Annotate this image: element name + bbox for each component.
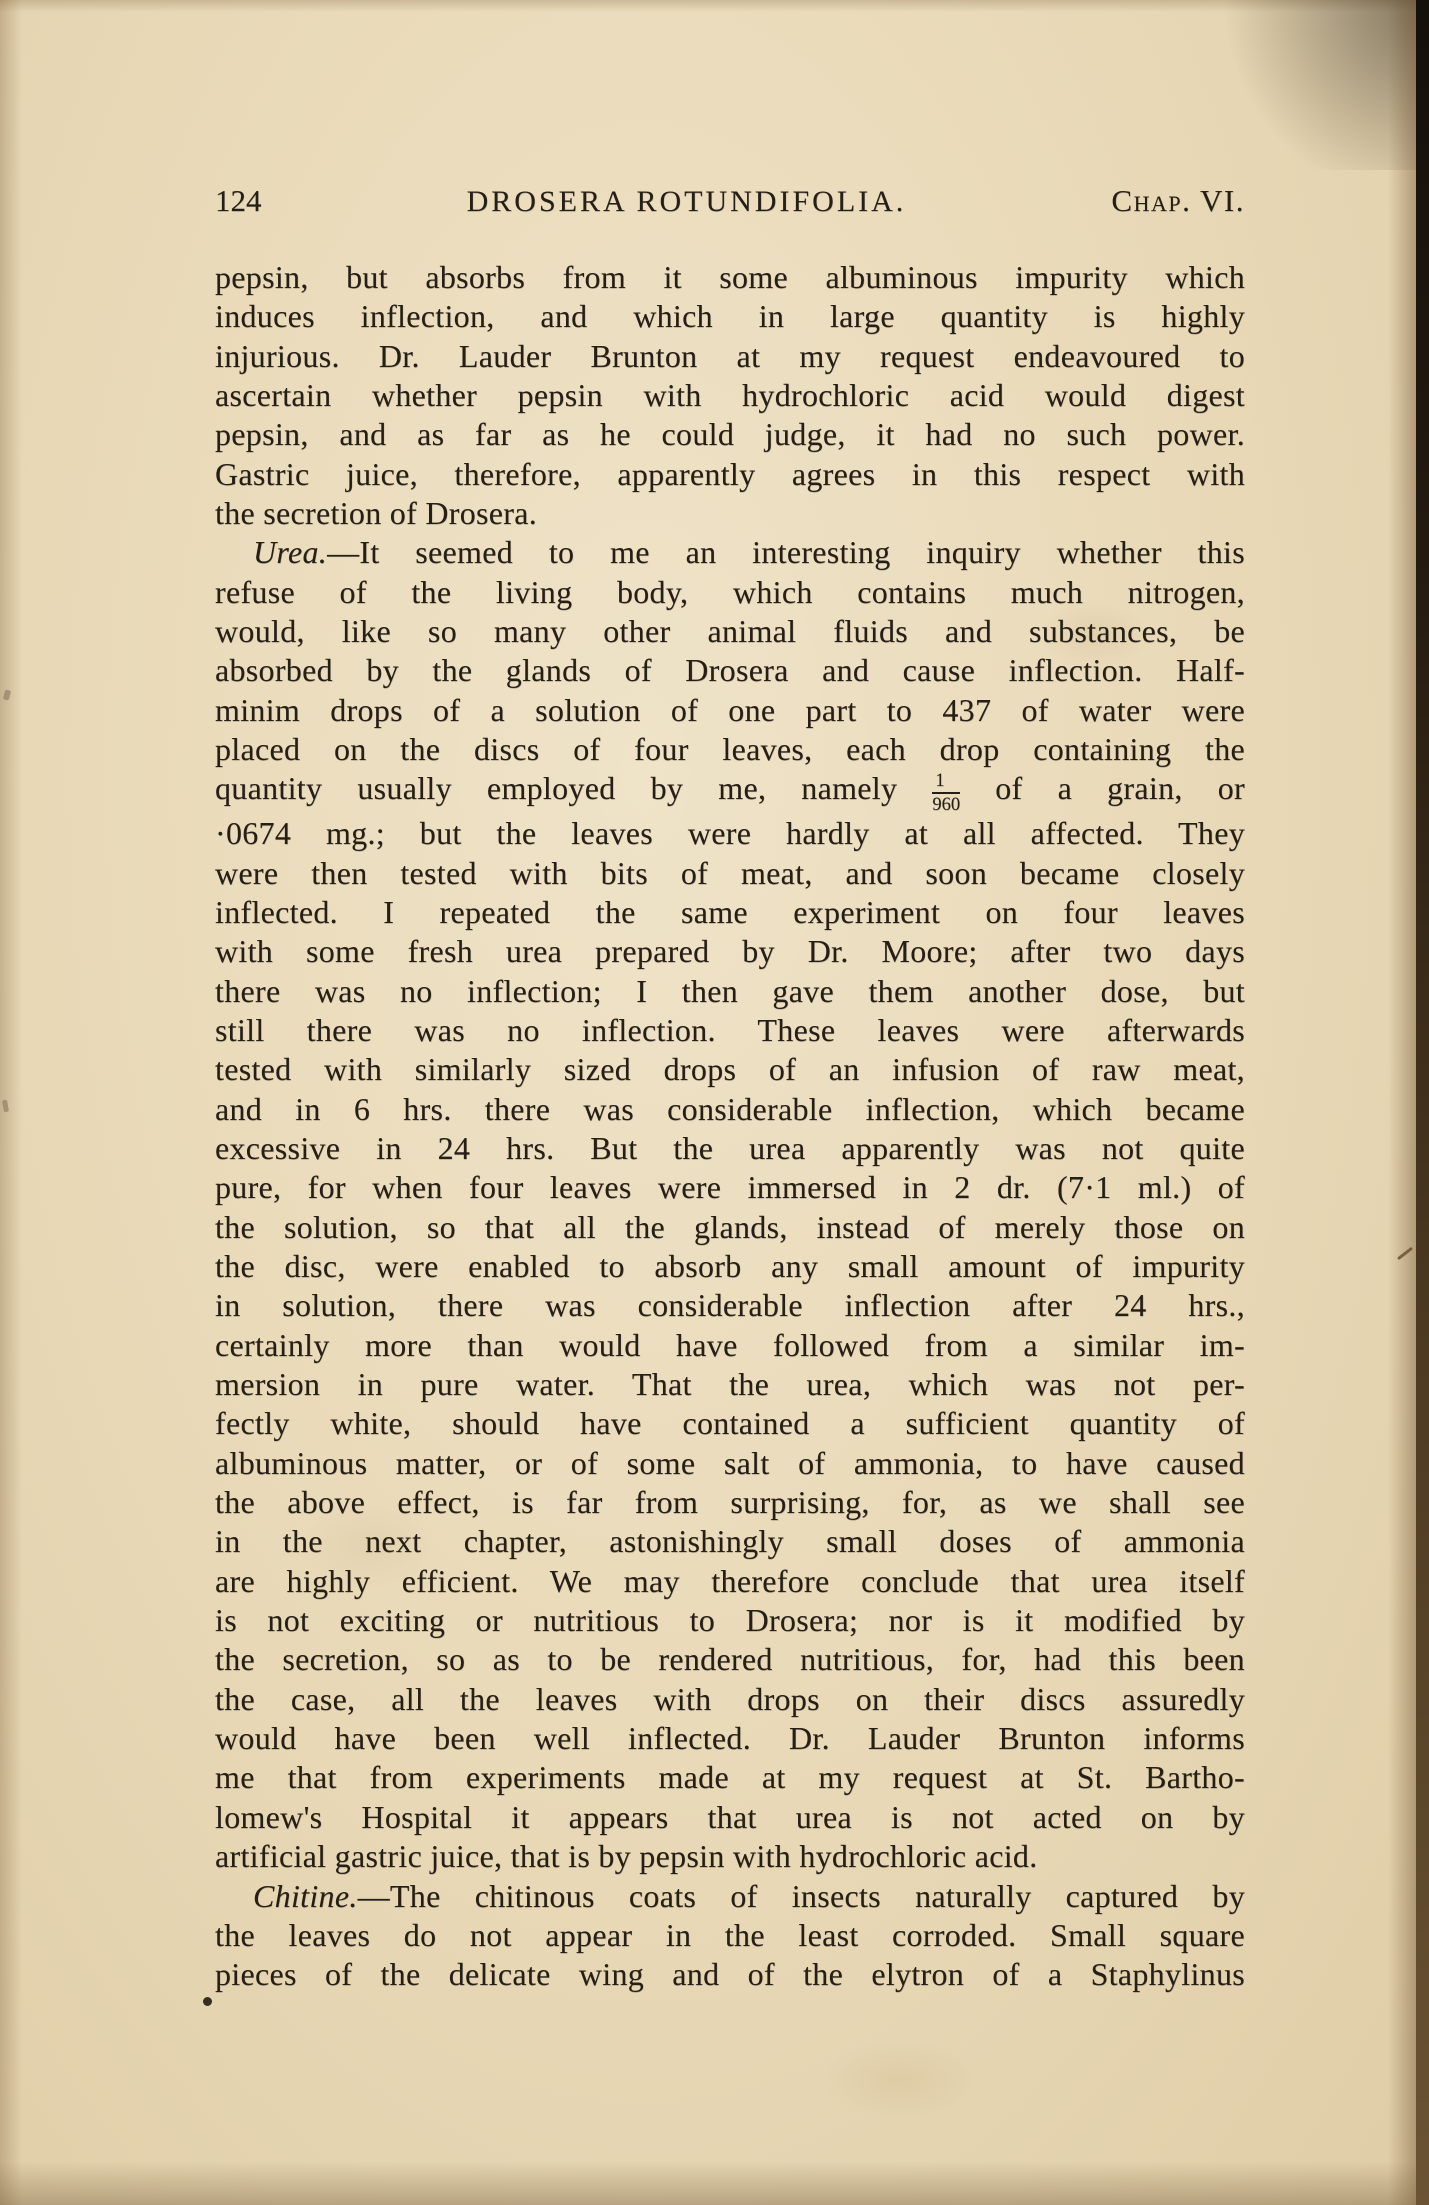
page-header: 124 DROSERA ROTUNDIFOLIA. Chap. VI. <box>215 183 1245 219</box>
page-number: 124 <box>215 183 262 219</box>
text-line: mersion in pure water. That the urea, wh… <box>215 1365 1245 1404</box>
text-line: in solution, there was considerable infl… <box>215 1286 1245 1325</box>
text-line: me that from experiments made at my requ… <box>215 1758 1245 1797</box>
text-line: pepsin, and as far as he could judge, it… <box>215 415 1245 454</box>
text-line: the above effect, is far from surprising… <box>215 1483 1245 1522</box>
text-line: would have been well inflected. Dr. Laud… <box>215 1719 1245 1758</box>
text-line: ·0674 mg.; but the leaves were hardly at… <box>215 814 1245 853</box>
margin-mark <box>3 689 11 700</box>
text-line: Gastric juice, therefore, apparently agr… <box>215 455 1245 494</box>
chapter-label: Chap. VI. <box>1111 183 1245 219</box>
text-line: excessive in 24 hrs. But the urea appare… <box>215 1129 1245 1168</box>
margin-mark <box>2 1100 9 1113</box>
foxing-spot <box>820 2040 980 2120</box>
page-edge-top <box>0 0 1429 12</box>
page-edge-bottom <box>0 2161 1429 2205</box>
text-line: the secretion, so as to be rendered nutr… <box>215 1640 1245 1679</box>
text-line: the disc, were enabled to absorb any sma… <box>215 1247 1245 1286</box>
text-line: albuminous matter, or of some salt of am… <box>215 1444 1245 1483</box>
text-line: minim drops of a solution of one part to… <box>215 691 1245 730</box>
text-line: pepsin, but absorbs from it some albumin… <box>215 258 1245 297</box>
page-corner-shadow <box>1189 0 1429 170</box>
text-line: still there was no inflection. These lea… <box>215 1011 1245 1050</box>
paragraph: Chitine.—The chitinous coats of insects … <box>215 1877 1245 1995</box>
text-block: pepsin, but absorbs from it some albumin… <box>215 258 1245 1995</box>
text-line: the leaves do not appear in the least co… <box>215 1916 1245 1955</box>
text-line: Chitine.—The chitinous coats of insects … <box>215 1877 1245 1916</box>
text-line: in the next chapter, astonishingly small… <box>215 1522 1245 1561</box>
text-line: is not exciting or nutritious to Drosera… <box>215 1601 1245 1640</box>
paragraph: pepsin, but absorbs from it some albumin… <box>215 258 1245 533</box>
running-title: DROSERA ROTUNDIFOLIA. <box>467 185 907 219</box>
text-line: the solution, so that all the glands, in… <box>215 1208 1245 1247</box>
text-line: placed on the discs of four leaves, each… <box>215 730 1245 769</box>
text-line: pieces of the delicate wing and of the e… <box>215 1955 1245 1994</box>
text-line: inflected. I repeated the same experimen… <box>215 893 1245 932</box>
text-line: lomew's Hospital it appears that urea is… <box>215 1798 1245 1837</box>
ink-dot-artifact <box>203 1997 212 2006</box>
text-line: quantity usually employed by me, namely … <box>215 769 1245 814</box>
fraction: 1960 <box>932 772 960 814</box>
book-gutter-shadow <box>1388 0 1416 2205</box>
book-edge-strip <box>1416 0 1429 2205</box>
text-line: were then tested with bits of meat, and … <box>215 854 1245 893</box>
text-line: refuse of the living body, which contain… <box>215 573 1245 612</box>
text-line: would, like so many other animal fluids … <box>215 612 1245 651</box>
text-line: with some fresh urea prepared by Dr. Moo… <box>215 932 1245 971</box>
text-line: Urea.—It seemed to me an interesting inq… <box>215 533 1245 572</box>
text-line: ascertain whether pepsin with hydrochlor… <box>215 376 1245 415</box>
text-line: are highly efficient. We may therefore c… <box>215 1562 1245 1601</box>
text-line: artificial gastric juice, that is by pep… <box>215 1837 1245 1876</box>
section-lead: Urea. <box>253 534 327 570</box>
pen-mark-artifact <box>1397 1247 1413 1260</box>
text-line: tested with similarly sized drops of an … <box>215 1050 1245 1089</box>
text-line: certainly more than would have followed … <box>215 1326 1245 1365</box>
text-line: the case, all the leaves with drops on t… <box>215 1680 1245 1719</box>
text-line: fectly white, should have contained a su… <box>215 1404 1245 1443</box>
paragraph: Urea.—It seemed to me an interesting inq… <box>215 533 1245 1876</box>
text-line: the secretion of Drosera. <box>215 494 1245 533</box>
text-line: and in 6 hrs. there was considerable inf… <box>215 1090 1245 1129</box>
text-line: induces inflection, and which in large q… <box>215 297 1245 336</box>
text-line: injurious. Dr. Lauder Brunton at my requ… <box>215 337 1245 376</box>
book-page: 124 DROSERA ROTUNDIFOLIA. Chap. VI. peps… <box>0 0 1429 2205</box>
section-lead: Chitine. <box>253 1878 358 1914</box>
text-line: there was no inflection; I then gave the… <box>215 972 1245 1011</box>
text-line: pure, for when four leaves were immersed… <box>215 1168 1245 1207</box>
text-line: absorbed by the glands of Drosera and ca… <box>215 651 1245 690</box>
